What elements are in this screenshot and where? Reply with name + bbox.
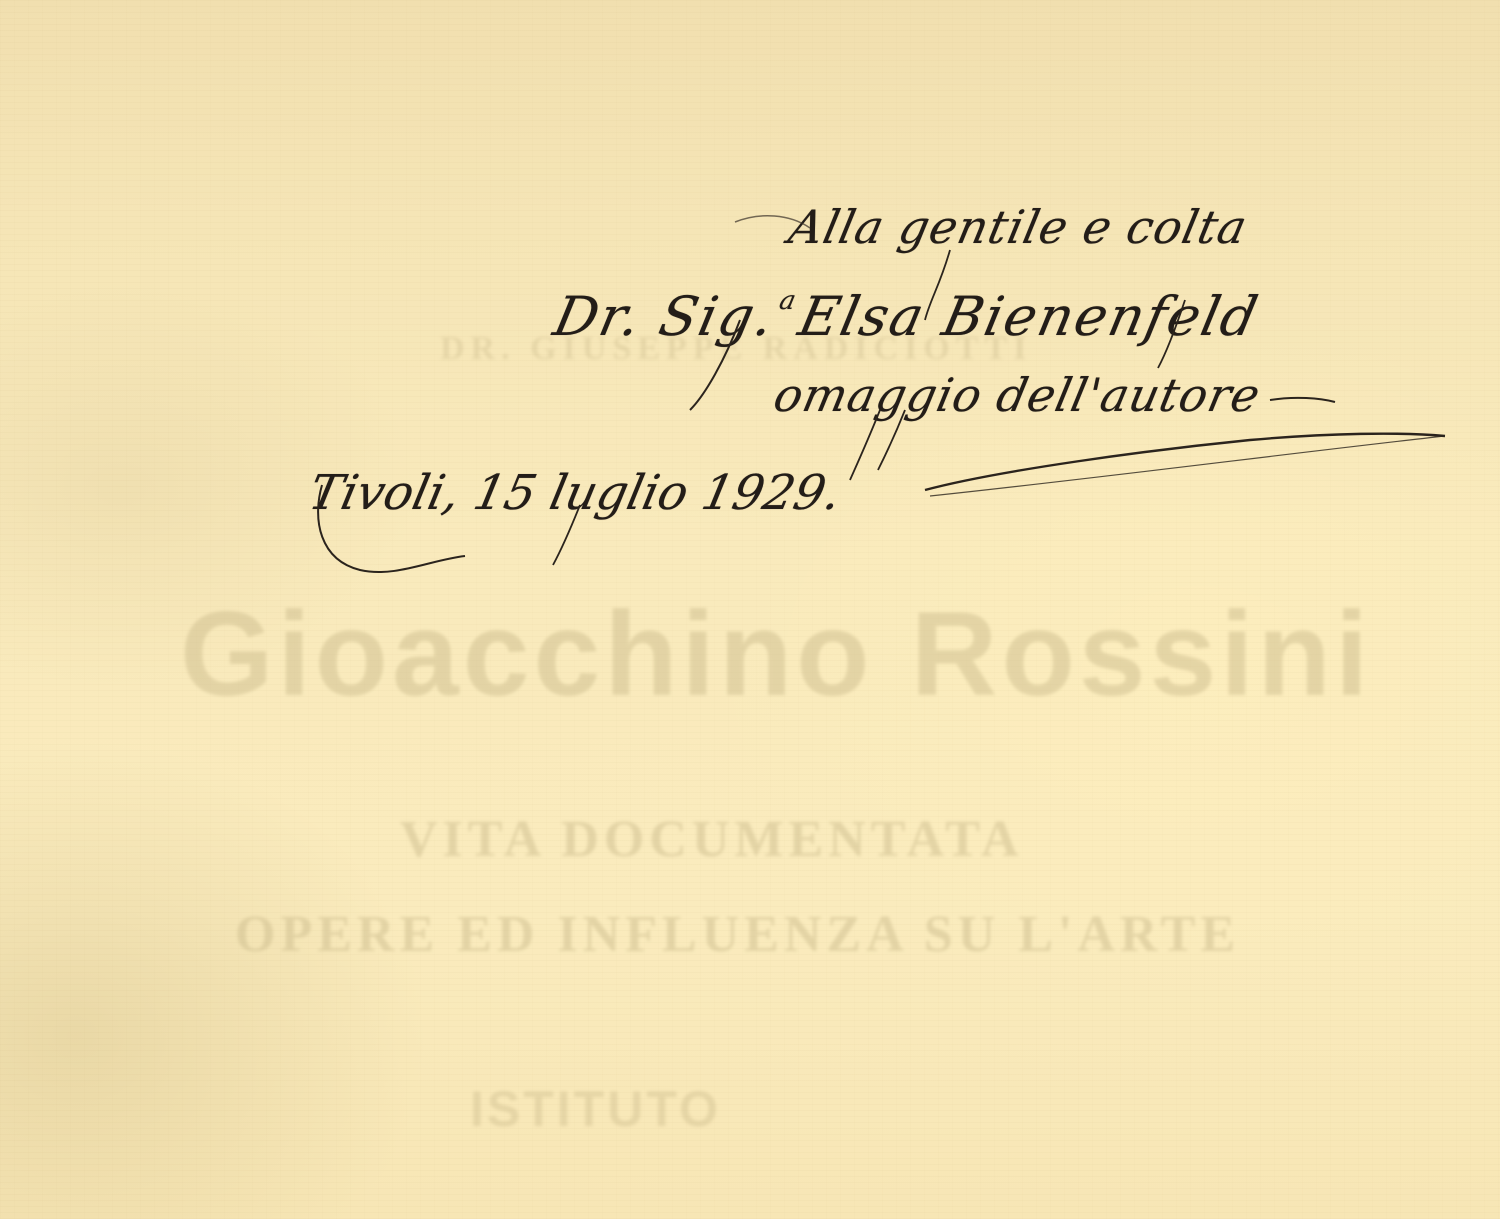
book-page: DR. GIUSEPPE RADICIOTTI Gioacchino Rossi… (0, 0, 1500, 1219)
flourish-underline-return (930, 436, 1445, 496)
show-through-title: Gioacchino Rossini (180, 585, 1372, 723)
show-through-subtitle-1: VITA DOCUMENTATA (400, 810, 1024, 869)
inscription-title-prefix: Dr. Sig. (548, 285, 781, 348)
inscription-line-1: Alla gentile e colta (784, 200, 1252, 254)
show-through-subtitle-2: OPERE ED INFLUENZA SU L'ARTE (235, 905, 1240, 964)
show-through-publisher: ISTITUTO (470, 1080, 721, 1138)
inscription-line-3: omaggio dell'autore (769, 368, 1265, 422)
inscription-place-date: Tivoli, 15 luglio 1929. (304, 465, 846, 521)
flourish-underline (925, 434, 1445, 490)
inscription-recipient-name: Elsa Bienenfeld (793, 285, 1264, 348)
inscription-line-2: Dr. Sig.aElsa Bienenfeld (548, 285, 1264, 348)
flourish-autore-tail (1270, 398, 1335, 402)
